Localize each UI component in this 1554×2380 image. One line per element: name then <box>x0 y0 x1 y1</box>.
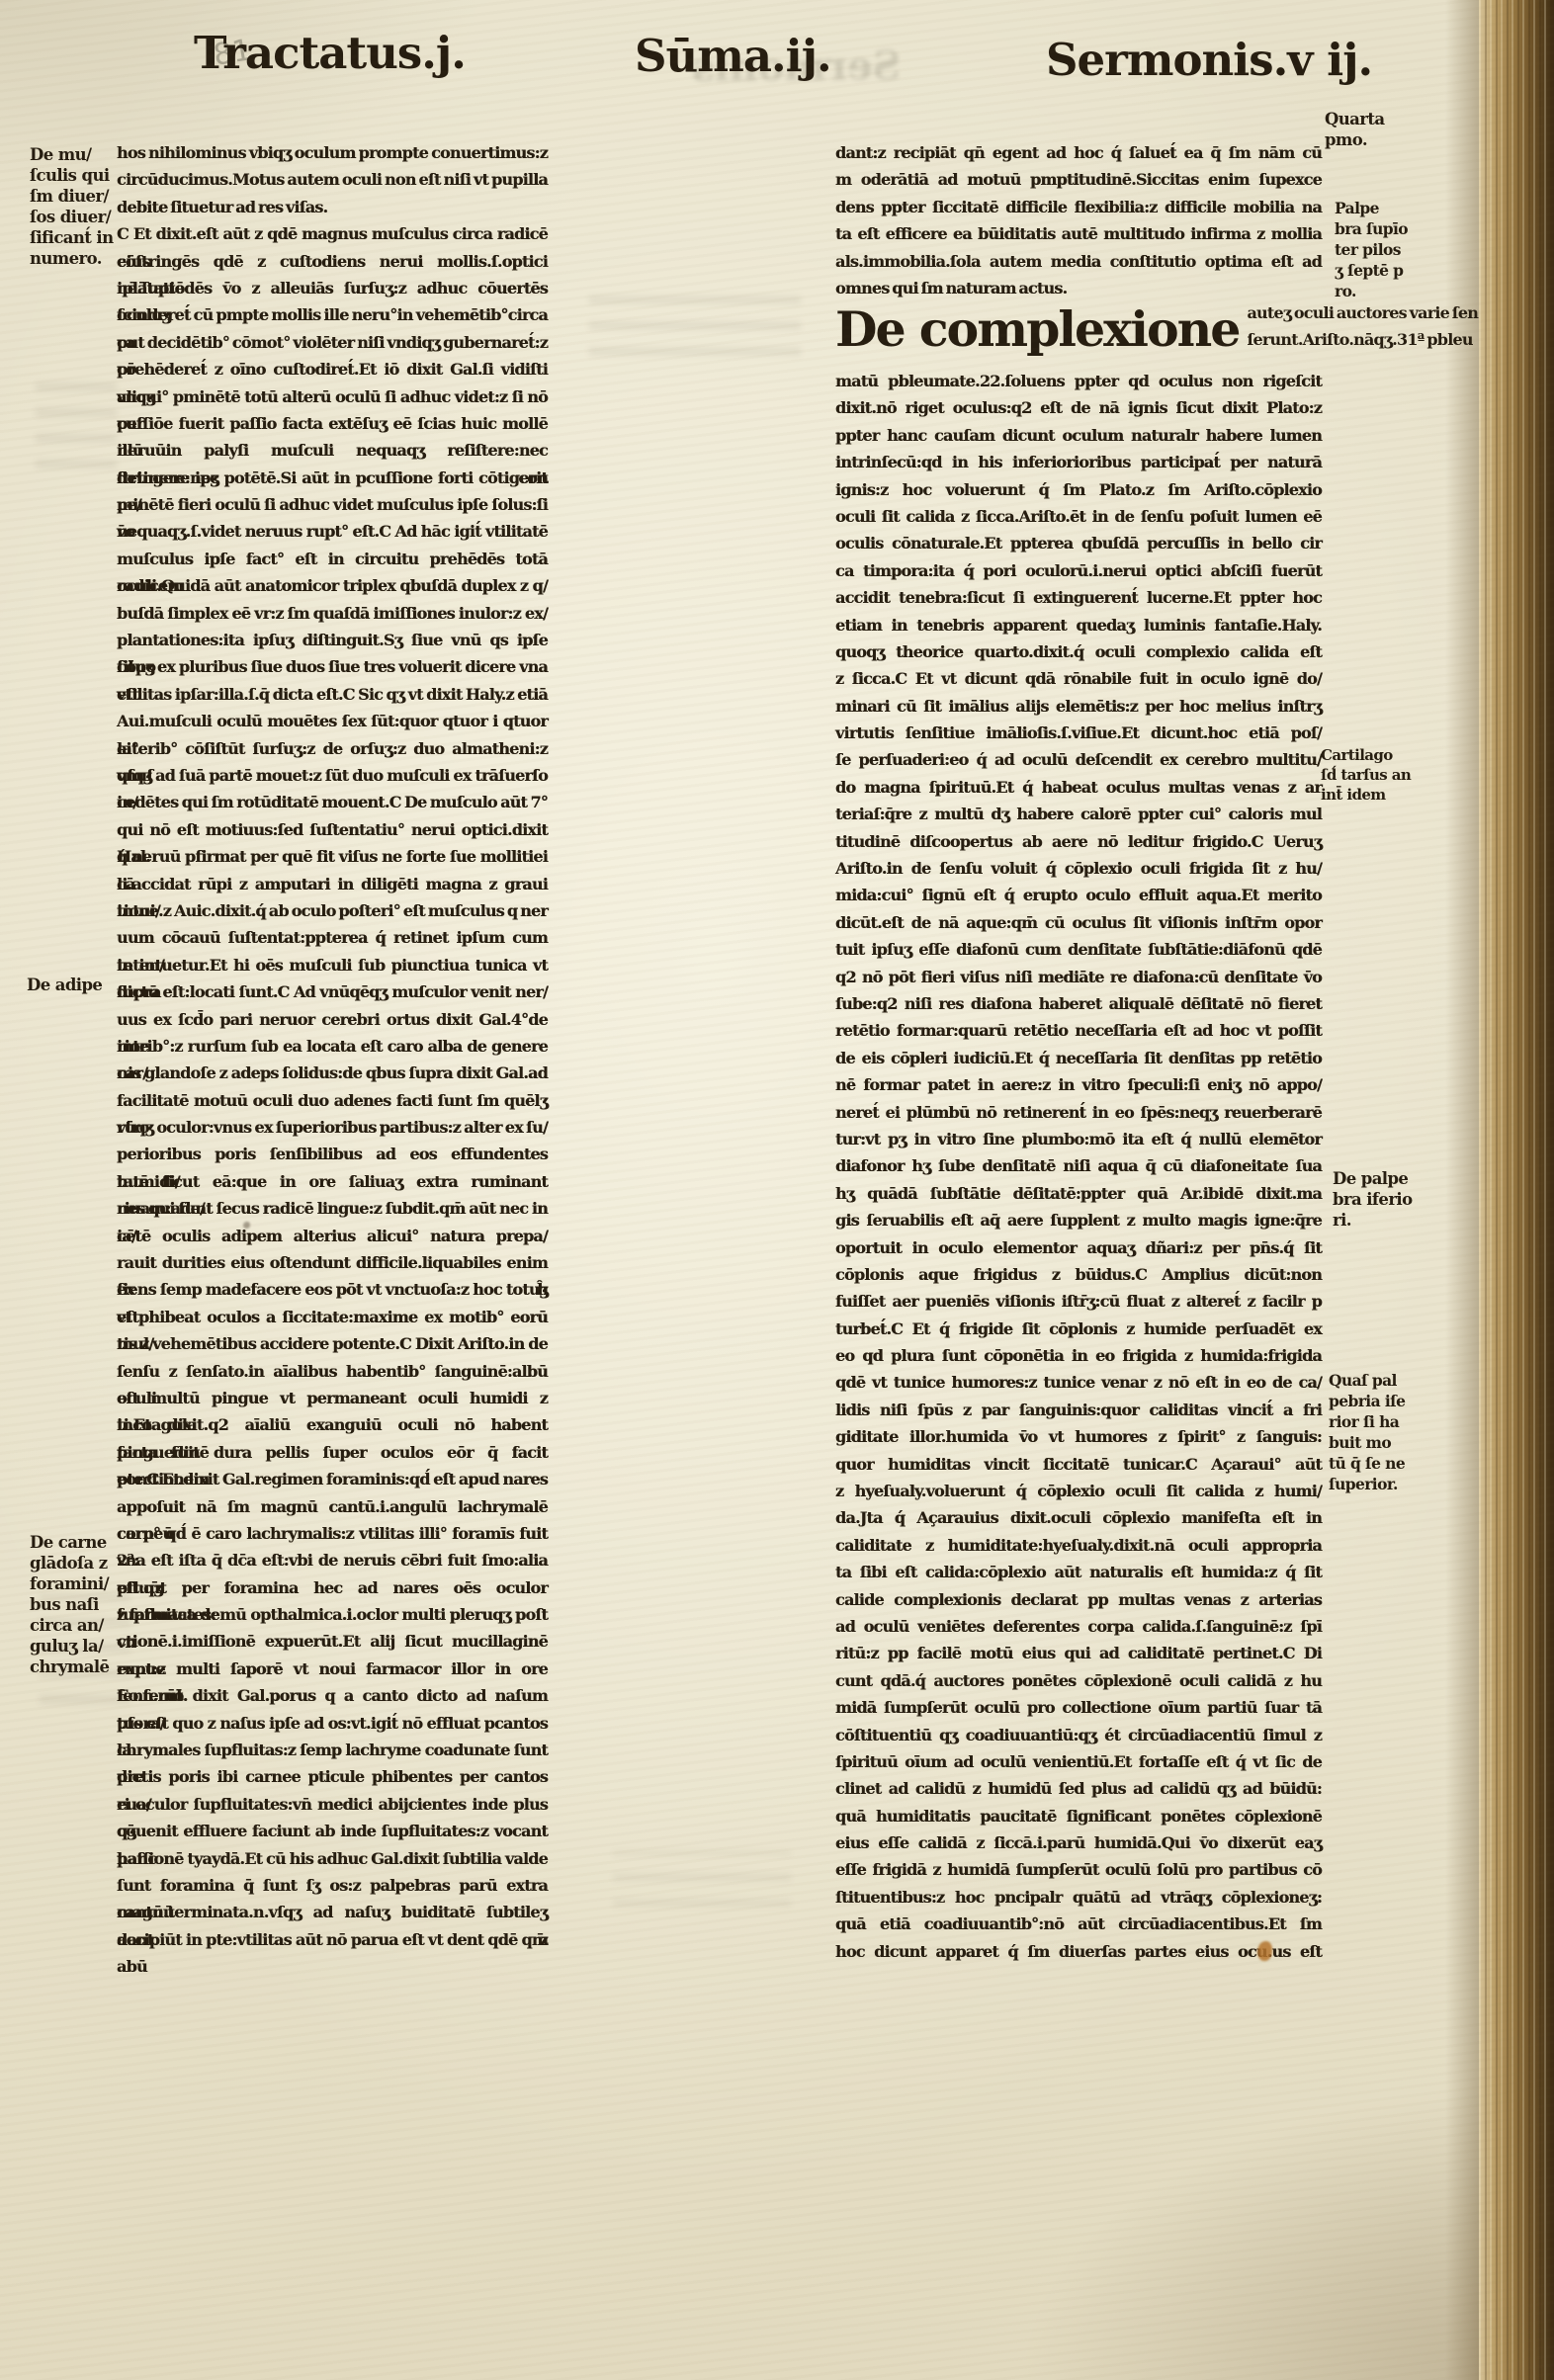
text-line: paſſionē tyaydā.Et cū his adhuc Gal.dixi… <box>117 1845 548 1872</box>
text-line: ppter hanc cauſam dicunt oculum naturalr… <box>835 422 1322 449</box>
text-line: ſtituentibus:z hoc pncipalr quātū ad vtr… <box>835 1884 1322 1911</box>
text-line: accidit tenebra:ſicut ſi extinguerent́ l… <box>835 584 1322 611</box>
text-line: ta eſt efficere ea būiditatis autē multi… <box>835 220 1322 247</box>
text-line: retētio formar:quarū retētio neceſſaria … <box>835 1017 1322 1044</box>
text-line: etiam in tenebris apparent quedaʒ lumini… <box>835 612 1322 638</box>
text-line: put decidētib° cōmot° violēter niſi vndi… <box>117 329 548 356</box>
incunabulum-page-scan: 81 Sermonis Tractatus.j. Sūma.ij. Sermon… <box>0 0 1554 2380</box>
text-line: eor.C Et dixit Gal.regimen foraminis:qd́… <box>117 1466 548 1492</box>
text-line: do magna ſpirituū.Et q́ habeat oculus mu… <box>835 774 1322 801</box>
text-line: cuſſiōe fuerit paſſio facta extēſuʒ eē ſ… <box>117 410 548 437</box>
text-line: riorib°:z rurſum ſub ea locata eſt caro … <box>117 1033 548 1060</box>
text-line: midā ſumpſerūt oculū pro collectione oīu… <box>835 1694 1322 1721</box>
text-line: ſerunt.Ariſto.nāqʒ.31ª pbleu <box>1247 326 1478 353</box>
running-header-tractatus: Tractatus.j. <box>194 30 466 77</box>
text-line: dixit.nō riget oculus:q2 eſt de nā ignis… <box>835 394 1322 421</box>
running-header-sermonis: Sermonis.v ij. <box>1046 37 1372 84</box>
right-text-column-body: matū pbleumate.22.ſoluens ppter qd oculu… <box>835 368 1322 1965</box>
text-line: ſe perſuaderi:eo q́ ad oculū deſcendit e… <box>835 746 1322 773</box>
text-line: intrinſecū:qd in his inferiorioribus par… <box>835 449 1322 475</box>
text-line: de eis cōpleri iudiciū.Et q́ neceſſaria … <box>835 1045 1322 1071</box>
left-text-column: hos nihilominus vbiqʒ oculum prompte con… <box>117 139 548 1953</box>
text-line: ſuperior. <box>1329 1474 1452 1494</box>
running-header-summa: Sūma.ij. <box>635 33 831 80</box>
text-line: da.Jta q́ Açarauius dixit.oculi cōplexio… <box>835 1504 1322 1531</box>
text-line: li.accidat rūpi z amputari in diligēti m… <box>117 871 548 897</box>
text-line: De carne <box>30 1532 124 1553</box>
text-line: ſenſu z ſenſato.in aīalibus habentib° ſa… <box>117 1358 548 1385</box>
section-heading-de-complexione: De complexione <box>835 299 1239 359</box>
text-line: nē.ſuptēdēs v̄o z alleuiās ſurſuʒ:z adhu… <box>117 275 548 301</box>
text-line: diafonor hʒ ſube denſitatē niſi aqua q̄ … <box>835 1152 1322 1179</box>
text-line: muſculus ipſe fact° eſt in circuitu preh… <box>117 546 548 572</box>
text-line: C Et dixit.eſt aūt z qdē magnus muſculus… <box>117 220 548 247</box>
text-line: dicūt.eſt de nā aque:qm̄ cū oculus ſit v… <box>835 909 1322 936</box>
text-line: lidis niſi ſpūs z par ſanguinis:quor cal… <box>835 1397 1322 1423</box>
text-line: pmo. <box>1325 129 1453 150</box>
text-line: perioribus poris ſenſibilibus ad eos eff… <box>117 1141 548 1167</box>
text-line: te intuetur.Et hi oēs muſculi ſub piunct… <box>117 952 548 978</box>
text-line: ſos diuer/ <box>30 207 119 227</box>
text-line: ad oculū veniētes deferentes corpa calid… <box>835 1613 1322 1640</box>
text-line: rūqʒ oculor:vnus ex ſuperioribus partibu… <box>117 1114 548 1141</box>
text-line: titudinē diſcoopertus ab aere nō leditur… <box>835 828 1322 855</box>
text-line: buit mo <box>1329 1432 1452 1453</box>
margin-note-palpebra-superior: Palpebra ſupīoter pilosʒ ſeptē pro. <box>1335 198 1453 301</box>
text-line: ter pilos <box>1335 239 1453 260</box>
text-line: nē formar patet in aere:z in vitro ſpecu… <box>835 1071 1322 1098</box>
margin-note-de-musculis: De mu/ſculis quiſm diuer/ſos diuer/ſific… <box>30 144 119 269</box>
text-line: cōſtringēs qdē z cuſtodiens nerui mollis… <box>117 248 548 275</box>
text-line: De palpe <box>1333 1168 1451 1189</box>
margin-note-quas-palpebra: Quaſ palpebria iſerior ſi habuit motū q̄… <box>1329 1370 1452 1494</box>
text-line: cōſtituentiū qʒ coadiuuantiū:qʒ ét circū… <box>835 1722 1322 1748</box>
text-line: cōplonis aque frigidus z būidus.C Ampliu… <box>835 1261 1322 1288</box>
text-line: caliditate z humiditate:hyeſualy.dixit.n… <box>835 1532 1322 1559</box>
text-line: dictū eſt:locati ſunt.C Ad vnūqēqʒ muſcu… <box>117 978 548 1005</box>
text-line: eius eſſe calidā z ſiccā.i.parū humidā.Q… <box>835 1829 1322 1856</box>
text-line: nis glandoſe z adeps ſolidus:de qbus ſup… <box>117 1060 548 1086</box>
text-line: laterib° cōſiſtūt ſurſuʒ:z de orſuʒ:z du… <box>117 735 548 762</box>
text-line: nequaqʒ.ſ.videt neruus rupt° eſt.C Ad hā… <box>117 518 548 545</box>
text-line: runt:z multi ſaporē vt noui farmacor ill… <box>117 1656 548 1682</box>
text-line: ſd́ tarſus an <box>1321 765 1454 785</box>
text-line: foramini/ <box>30 1573 124 1594</box>
text-line: Cartilago <box>1321 745 1454 765</box>
text-line: z hyeſualy.voluerunt q́ cōplexio oculi ſ… <box>835 1478 1322 1504</box>
text-line: tuit ipſuʒ eſſe diafonū cum denſitate ſu… <box>835 936 1322 963</box>
text-line: tatē ſicut eā:que in ore ſaliuaʒ extra r… <box>117 1168 548 1195</box>
text-line: vt phibeat oculos a ſiccitate:maxime ex … <box>117 1304 548 1330</box>
text-line: fuiſſet aer pueniēs viſionis iſtr̄ʒ:cū f… <box>835 1288 1322 1315</box>
text-line: vna eſt iſta q̄ dc̄a eſt:vbi de neruis c… <box>117 1547 548 1573</box>
text-line: clinet ad calidū z humidū ſed plus ad ca… <box>835 1775 1322 1802</box>
text-line: rior ſi ha <box>1329 1411 1452 1432</box>
margin-note-de-palpebra-inferiori: De palpebra iferiori. <box>1333 1168 1451 1231</box>
margin-note-cartilago-tarsus: Cartilagoſd́ tarſus anint̄ idem <box>1321 745 1454 805</box>
text-line: facilitatē motuū oculi duo adenes facti … <box>117 1087 548 1114</box>
text-line: cētē oculis adipem alterius alicui° natu… <box>117 1223 548 1249</box>
text-line: vtilitas ipſar:illa.ſ.q̄ dicta eſt.C Sic… <box>117 681 548 708</box>
text-line: quor humiditas vincit ſiccitatē tunicar.… <box>835 1451 1322 1478</box>
text-line: Palpe <box>1335 198 1453 218</box>
text-line: oculi.Quidā aūt anatomicor triplex qbuſd… <box>117 572 548 599</box>
text-line: bra iferio <box>1333 1189 1451 1210</box>
text-line: facta fuit dura pellis ſuper oculos eōr … <box>117 1439 548 1466</box>
text-line: nes qui ſunt ſecus radicē lingue:z ſubdi… <box>117 1195 548 1222</box>
section-heading-wrap-lines: auteʒ oculi auctores varie ſenſerunt.Ari… <box>1247 299 1478 354</box>
text-line: ri. <box>1333 1210 1451 1231</box>
text-line: De adipe <box>27 975 121 995</box>
text-line: oportuit in oculo elementor aquaʒ dñari:… <box>835 1234 1322 1261</box>
text-line: rauit durities eius oſtendunt difficile.… <box>117 1249 548 1276</box>
text-line: q́ neruū pfirmat per quē fit viſus ne fo… <box>117 843 548 870</box>
text-line: teriaſ:q̄re z multū dʒ habere calorē ppt… <box>835 801 1322 827</box>
text-line: alicui° pminētē totū alterū oculū ſi adh… <box>117 383 548 410</box>
text-line: pfluūt per foramina hec ad nares oēs ocu… <box>117 1574 548 1601</box>
text-line: appoſuit nā ſm magnū cantū.i.angulū lach… <box>117 1493 548 1520</box>
text-line: ʒ ſeptē p <box>1335 260 1453 281</box>
text-line: q2 nō pōt fieri viſus niſi mediāte re di… <box>835 964 1322 990</box>
text-line: dens ppter ſiccitatē difficile flexibili… <box>835 194 1322 220</box>
text-line: hʒ quādā ſubſtātie dēſitatē:ppter quā Ar… <box>835 1180 1322 1207</box>
text-line: ri oculor ſupfluitates:vn̄ medici abijci… <box>117 1791 548 1818</box>
text-line: uus ex ſcd̄o pari neruor cerebri ortus d… <box>117 1006 548 1033</box>
text-line: mida:cui° ſignū eſt q́ erupto oculo effl… <box>835 882 1322 908</box>
text-line: plantationes:ita ipſuʒ diſtinguit.Sʒ ſiu… <box>117 627 548 653</box>
text-line: qdē vt tunice humores:z tunice venar z n… <box>835 1369 1322 1396</box>
margin-note-de-adipe: De adipe <box>27 975 121 995</box>
text-line: ritū:z pp facilē motū eius qui ad calidi… <box>835 1640 1322 1666</box>
text-line: Quaſ pal <box>1329 1370 1452 1391</box>
text-line: ti.Et dixit.q2 aīaliū exanguiū oculi nō … <box>117 1411 548 1438</box>
text-line: Ariſto.in de ſenſu voluit q́ cōplexio oc… <box>835 855 1322 882</box>
text-line: dictis poris ibi carnee pticule phibente… <box>117 1763 548 1790</box>
text-line: ctionē.i.imiſſionē expuerūt.Et alij ſicu… <box>117 1628 548 1655</box>
text-line: eſt multū pingue vt permaneant oculi hum… <box>117 1385 548 1411</box>
text-line: tione.z Auic.dixit.q́ ab oculo poſteri° … <box>117 897 548 924</box>
text-line: buſdā ſimplex eē vr:z ſm quaſdā imiſſion… <box>117 600 548 627</box>
text-line: cedētes qui ſm rotūditatē mouent.C De mu… <box>117 789 548 815</box>
text-line: ca timpora:ita q́ pori oculorū.i.nerui o… <box>835 557 1322 584</box>
page-stack-striations <box>1479 0 1554 2380</box>
text-line: auteʒ oculi auctores varie ſen <box>1247 299 1478 326</box>
text-line: debite ſituetur ad res viſas. <box>117 194 548 220</box>
text-line: accipiūt in pte:vtilitas aūt nō parua eſ… <box>117 1926 548 1953</box>
paper-fleck <box>243 1222 250 1229</box>
ink-stain <box>1257 1941 1272 1961</box>
text-line: ſificant́ in <box>30 227 119 248</box>
text-line: ſpirituū oīum ad oculū venientiū.Et fort… <box>835 1748 1322 1775</box>
text-line: illū in palyſi muſculi nequaqʒ reſiſtere… <box>117 437 548 464</box>
text-line: Aui.muſculi oculū mouētes ſex ſūt:quor q… <box>117 708 548 734</box>
text-line: pebria iſe <box>1329 1391 1452 1411</box>
text-line: fiens ſemp madefacere eos pōt vt vnctuoſ… <box>117 1276 548 1303</box>
text-line: bus naſi <box>30 1594 124 1615</box>
text-line: glādoſa z <box>30 1553 124 1573</box>
text-line: tis z vehemētibus accidere potente.C Dix… <box>117 1330 548 1357</box>
text-line: cōuenit effluere faciunt ab inde ſupflui… <box>117 1818 548 1844</box>
margin-note-de-carne-glandosa: De carneglādoſa zforamini/bus naſicirca … <box>30 1532 124 1677</box>
text-line: gis ſeruabilis eſt aq̄ aere ſupplent z m… <box>835 1207 1322 1233</box>
text-line: int̄ idem <box>1321 785 1454 805</box>
text-line: oculis cōnaturale.Et ppterea qbuſdā perc… <box>835 530 1322 556</box>
text-line: circa an/ <box>30 1615 124 1636</box>
text-line: Eo.n.mō dixit Gal.porus q a canto dicto … <box>117 1682 548 1709</box>
text-line: z ſicca.C Et vt dicunt qdā rōnabile fuit… <box>835 665 1322 692</box>
text-line: circūducimus.Motus autem oculi non eſt n… <box>117 166 548 193</box>
text-line: quā etiā coadiuuantib°:nō aūt circūadiac… <box>835 1911 1322 1937</box>
text-line: guluʒ la/ <box>30 1636 124 1657</box>
text-line: prehēderet́ z oīno cuſtodiret́.Et iō dix… <box>117 356 548 382</box>
showthrough-patch <box>613 1850 791 1908</box>
text-line: cantū.terminata.n.vſqʒ ad naſuʒ buiditat… <box>117 1899 548 1925</box>
margin-note-quarta-primo: Quartapmo. <box>1325 109 1453 150</box>
section-heading-row: De complexione auteʒ oculi auctores vari… <box>835 299 1330 365</box>
text-line: uum cōcauū ſuſtentat:ppterea q́ retinet … <box>117 924 548 951</box>
text-line: De mu/ <box>30 144 119 165</box>
text-line: numero. <box>30 248 119 269</box>
text-line: ſculis qui <box>30 165 119 186</box>
text-line: Quarta <box>1325 109 1453 129</box>
text-line: matū pbleumate.22.ſoluens ppter qd oculu… <box>835 368 1322 394</box>
text-line: minētē fieri oculū ſi adhuc videt muſcul… <box>117 491 548 518</box>
text-line: minari cū ſit imālius alijs elemētis:z p… <box>835 693 1322 720</box>
text-line: chrymales ſupfluitas:z ſemp lachryme coa… <box>117 1737 548 1763</box>
text-line: turbet́.C Et q́ frigide ſit cōplonis z h… <box>835 1316 1322 1342</box>
text-line: neret́ ei plūmbū nō retinerent́ in eo ſp… <box>835 1099 1322 1126</box>
text-line: tus eſt quo z naſus ipſe ad os:vt.igit́ … <box>117 1710 548 1737</box>
showthrough-patch <box>589 293 801 356</box>
text-line: qſqʒ ad ſuā partē mouet:z ſūt duo muſcul… <box>117 762 548 789</box>
text-line: ſcinderet́ cū pmpte mollis ille neru°in … <box>117 301 548 328</box>
text-line: cunt qdā.q́ auctores ponētes cōplexionē … <box>835 1667 1322 1694</box>
text-line: tur:vt pʒ in vitro ſine plumbo:mō ita eſ… <box>835 1126 1322 1152</box>
text-line: ro. <box>1335 281 1453 301</box>
text-line: ta ſibi eſt calida:cōplexio aūt naturali… <box>835 1559 1322 1585</box>
text-line: hoc dicunt apparet q́ ſm diuerſas partes… <box>835 1938 1322 1965</box>
text-line: m oderātiā ad motuū pmptitudinē.Siccitas… <box>835 166 1322 193</box>
text-line: ignis:z hoc voluerunt q́ ſm Plato.z ſm A… <box>835 476 1322 503</box>
book-fore-edge <box>1479 0 1554 2380</box>
text-line: omnes qui ſm naturam actus. <box>835 275 1322 301</box>
text-line: ſm diuer/ <box>30 186 119 207</box>
text-line: tū q̄ ſe ne <box>1329 1453 1452 1474</box>
text-line: ſituʒ ex pluribus ſiue duos ſiue tres vo… <box>117 653 548 680</box>
text-line: corp° qd́ ē caro lachrymalis:z vtilitas … <box>117 1520 548 1547</box>
text-line: als.immobilia.ſola autem media conſtitut… <box>835 248 1322 275</box>
text-line: qui nō eſt motiuus:ſed ſuſtentatiu° neru… <box>117 816 548 843</box>
text-line: virtutis ſenſitiue imālioſis.ſ.viſiue.Et… <box>835 720 1322 746</box>
text-line: oculi ſit calida z ſicca.Ariſto.ēt in de… <box>835 503 1322 530</box>
text-line: calide complexionis declarat pp multas v… <box>835 1586 1322 1613</box>
text-line: chrymalē <box>30 1657 124 1677</box>
text-line: hos nihilominus vbiqʒ oculum prompte con… <box>117 139 548 166</box>
text-line: ſunt foramina q̄ ſunt ſʒ os:z palpebras … <box>117 1872 548 1899</box>
text-line: ſube:q2 niſi res diafona haberet aliqual… <box>835 990 1322 1017</box>
text-line: dant:z recipiāt qn̄ egent ad hoc q́ ſalu… <box>835 139 1322 166</box>
right-text-column-top: dant:z recipiāt qn̄ egent ad hoc q́ ſalu… <box>835 139 1322 301</box>
text-line: giditate illor.humida v̄o vt humores z ſ… <box>835 1423 1322 1450</box>
text-line: eo qd plura ſunt cōponētia in eo frigida… <box>835 1342 1322 1369</box>
text-line: ſtringere ipʒ potētē.Si aūt in pcuſſione… <box>117 465 548 491</box>
text-line: z farmaca demū opthalmica.i.oclor multi … <box>117 1601 548 1628</box>
text-line: quoqʒ theorice quarto.dixit.q́ oculi com… <box>835 638 1322 665</box>
text-line: quā humiditatis paucitatē ſignificant po… <box>835 1803 1322 1829</box>
showthrough-patch <box>36 378 117 468</box>
text-line: bra ſupīo <box>1335 218 1453 239</box>
text-line: eſſe frigidā z humidā ſumpſerūt oculū ſo… <box>835 1856 1322 1883</box>
